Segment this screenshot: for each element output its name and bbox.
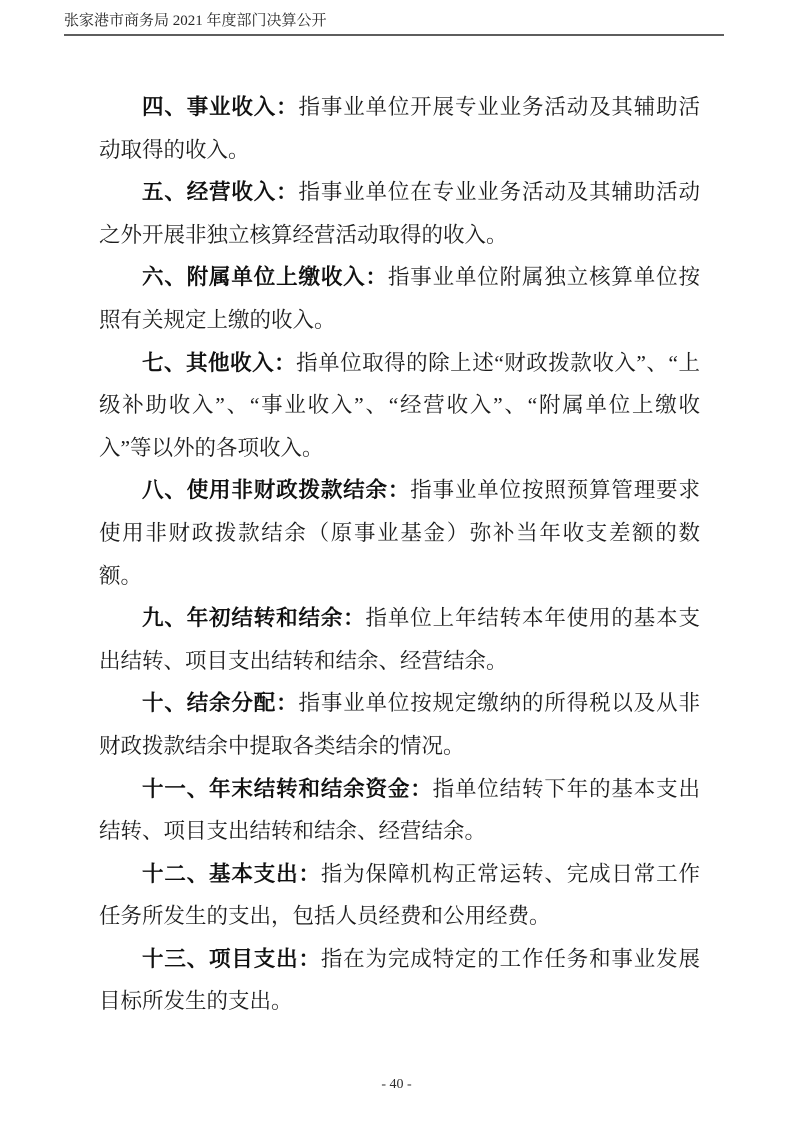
document-page: 张家港市商务局 2021 年度部门决算公开 四、事业收入：指事业单位开展专业业务… xyxy=(0,0,793,1122)
paragraph-4: 四、事业收入：指事业单位开展专业业务活动及其辅助活动取得的收入。 xyxy=(99,86,700,171)
term-label-12: 十二、基本支出： xyxy=(142,862,321,886)
page-footer: - 40 - xyxy=(0,1077,793,1093)
paragraph-10: 十、结余分配：指事业单位按规定缴纳的所得税以及从非财政拨款结余中提取各类结余的情… xyxy=(99,682,700,767)
paragraph-13: 十三、项目支出：指在为完成特定的工作任务和事业发展目标所发生的支出。 xyxy=(99,938,700,1023)
paragraph-11: 十一、年末结转和结余资金：指单位结转下年的基本支出结转、项目支出结转和结余、经营… xyxy=(99,768,700,853)
term-label-8: 八、使用非财政拨款结余： xyxy=(142,478,410,502)
term-label-11: 十一、年末结转和结余资金： xyxy=(142,777,433,801)
paragraph-6: 六、附属单位上缴收入：指事业单位附属独立核算单位按照有关规定上缴的收入。 xyxy=(99,256,700,341)
paragraph-9: 九、年初结转和结余：指单位上年结转本年使用的基本支出结转、项目支出结转和结余、经… xyxy=(99,597,700,682)
term-label-10: 十、结余分配： xyxy=(142,691,298,715)
term-label-6: 六、附属单位上缴收入： xyxy=(142,265,388,289)
paragraph-8: 八、使用非财政拨款结余：指事业单位按照预算管理要求使用非财政拨款结余（原事业基金… xyxy=(99,469,700,597)
page-number: - 40 - xyxy=(381,1077,411,1092)
paragraph-5: 五、经营收入：指事业单位在专业业务活动及其辅助活动之外开展非独立核算经营活动取得… xyxy=(99,171,700,256)
page-header: 张家港市商务局 2021 年度部门决算公开 xyxy=(64,9,724,36)
document-body: 四、事业收入：指事业单位开展专业业务活动及其辅助活动取得的收入。 五、经营收入：… xyxy=(99,86,700,1023)
paragraph-7: 七、其他收入：指单位取得的除上述“财政拨款收入”、“上级补助收入”、“事业收入”… xyxy=(99,342,700,470)
term-label-9: 九、年初结转和结余： xyxy=(142,606,366,630)
paragraph-12: 十二、基本支出：指为保障机构正常运转、完成日常工作任务所发生的支出，包括人员经费… xyxy=(99,853,700,938)
header-title: 张家港市商务局 2021 年度部门决算公开 xyxy=(64,13,327,29)
term-label-4: 四、事业收入： xyxy=(142,95,298,119)
term-label-7: 七、其他收入： xyxy=(142,351,296,375)
term-label-5: 五、经营收入： xyxy=(142,180,298,204)
term-label-13: 十三、项目支出： xyxy=(142,947,321,971)
